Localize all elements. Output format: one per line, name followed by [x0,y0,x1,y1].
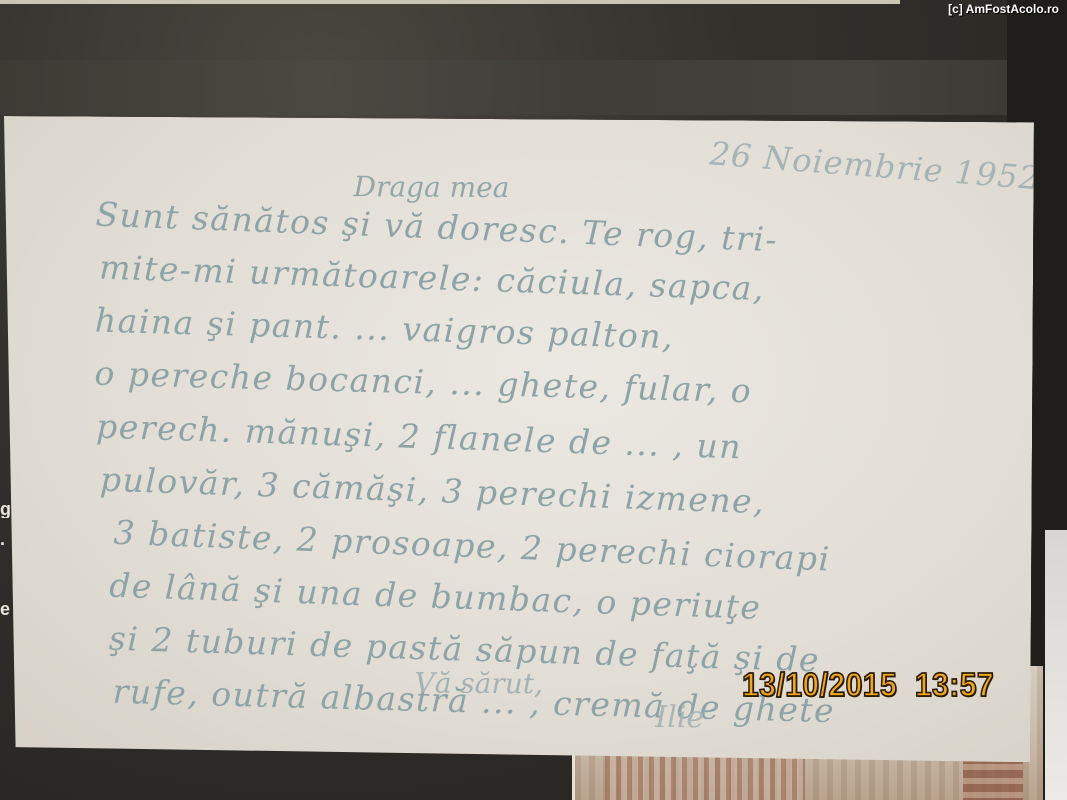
handwritten-postcard: 26 Noiembrie 1952 Draga mea Sunt sănătos… [0,116,1034,762]
letter-closing: Vă sărut, [414,667,543,701]
museum-display-photo: g . e 26 Noiembrie 1952 Draga mea Sunt s… [0,0,1067,800]
top-frame-edge [0,0,900,4]
site-watermark: [c] AmFostAcolo.ro [948,2,1059,16]
letter-body: Sunt sănătos şi vă doresc. Te rog, tri- … [92,195,1015,731]
letter-date: 26 Noiembrie 1952 [708,134,1041,197]
letter-signature: Ilie [655,700,704,735]
white-wall-edge [1045,530,1067,800]
stamp-time: 13:57 [915,667,994,704]
stamp-date: 13/10/2015 [742,667,897,704]
panel-caption-letter: e [0,600,14,618]
blurred-background-panel [0,60,1067,115]
camera-date-stamp: 13/10/2015 13:57 [742,667,994,705]
